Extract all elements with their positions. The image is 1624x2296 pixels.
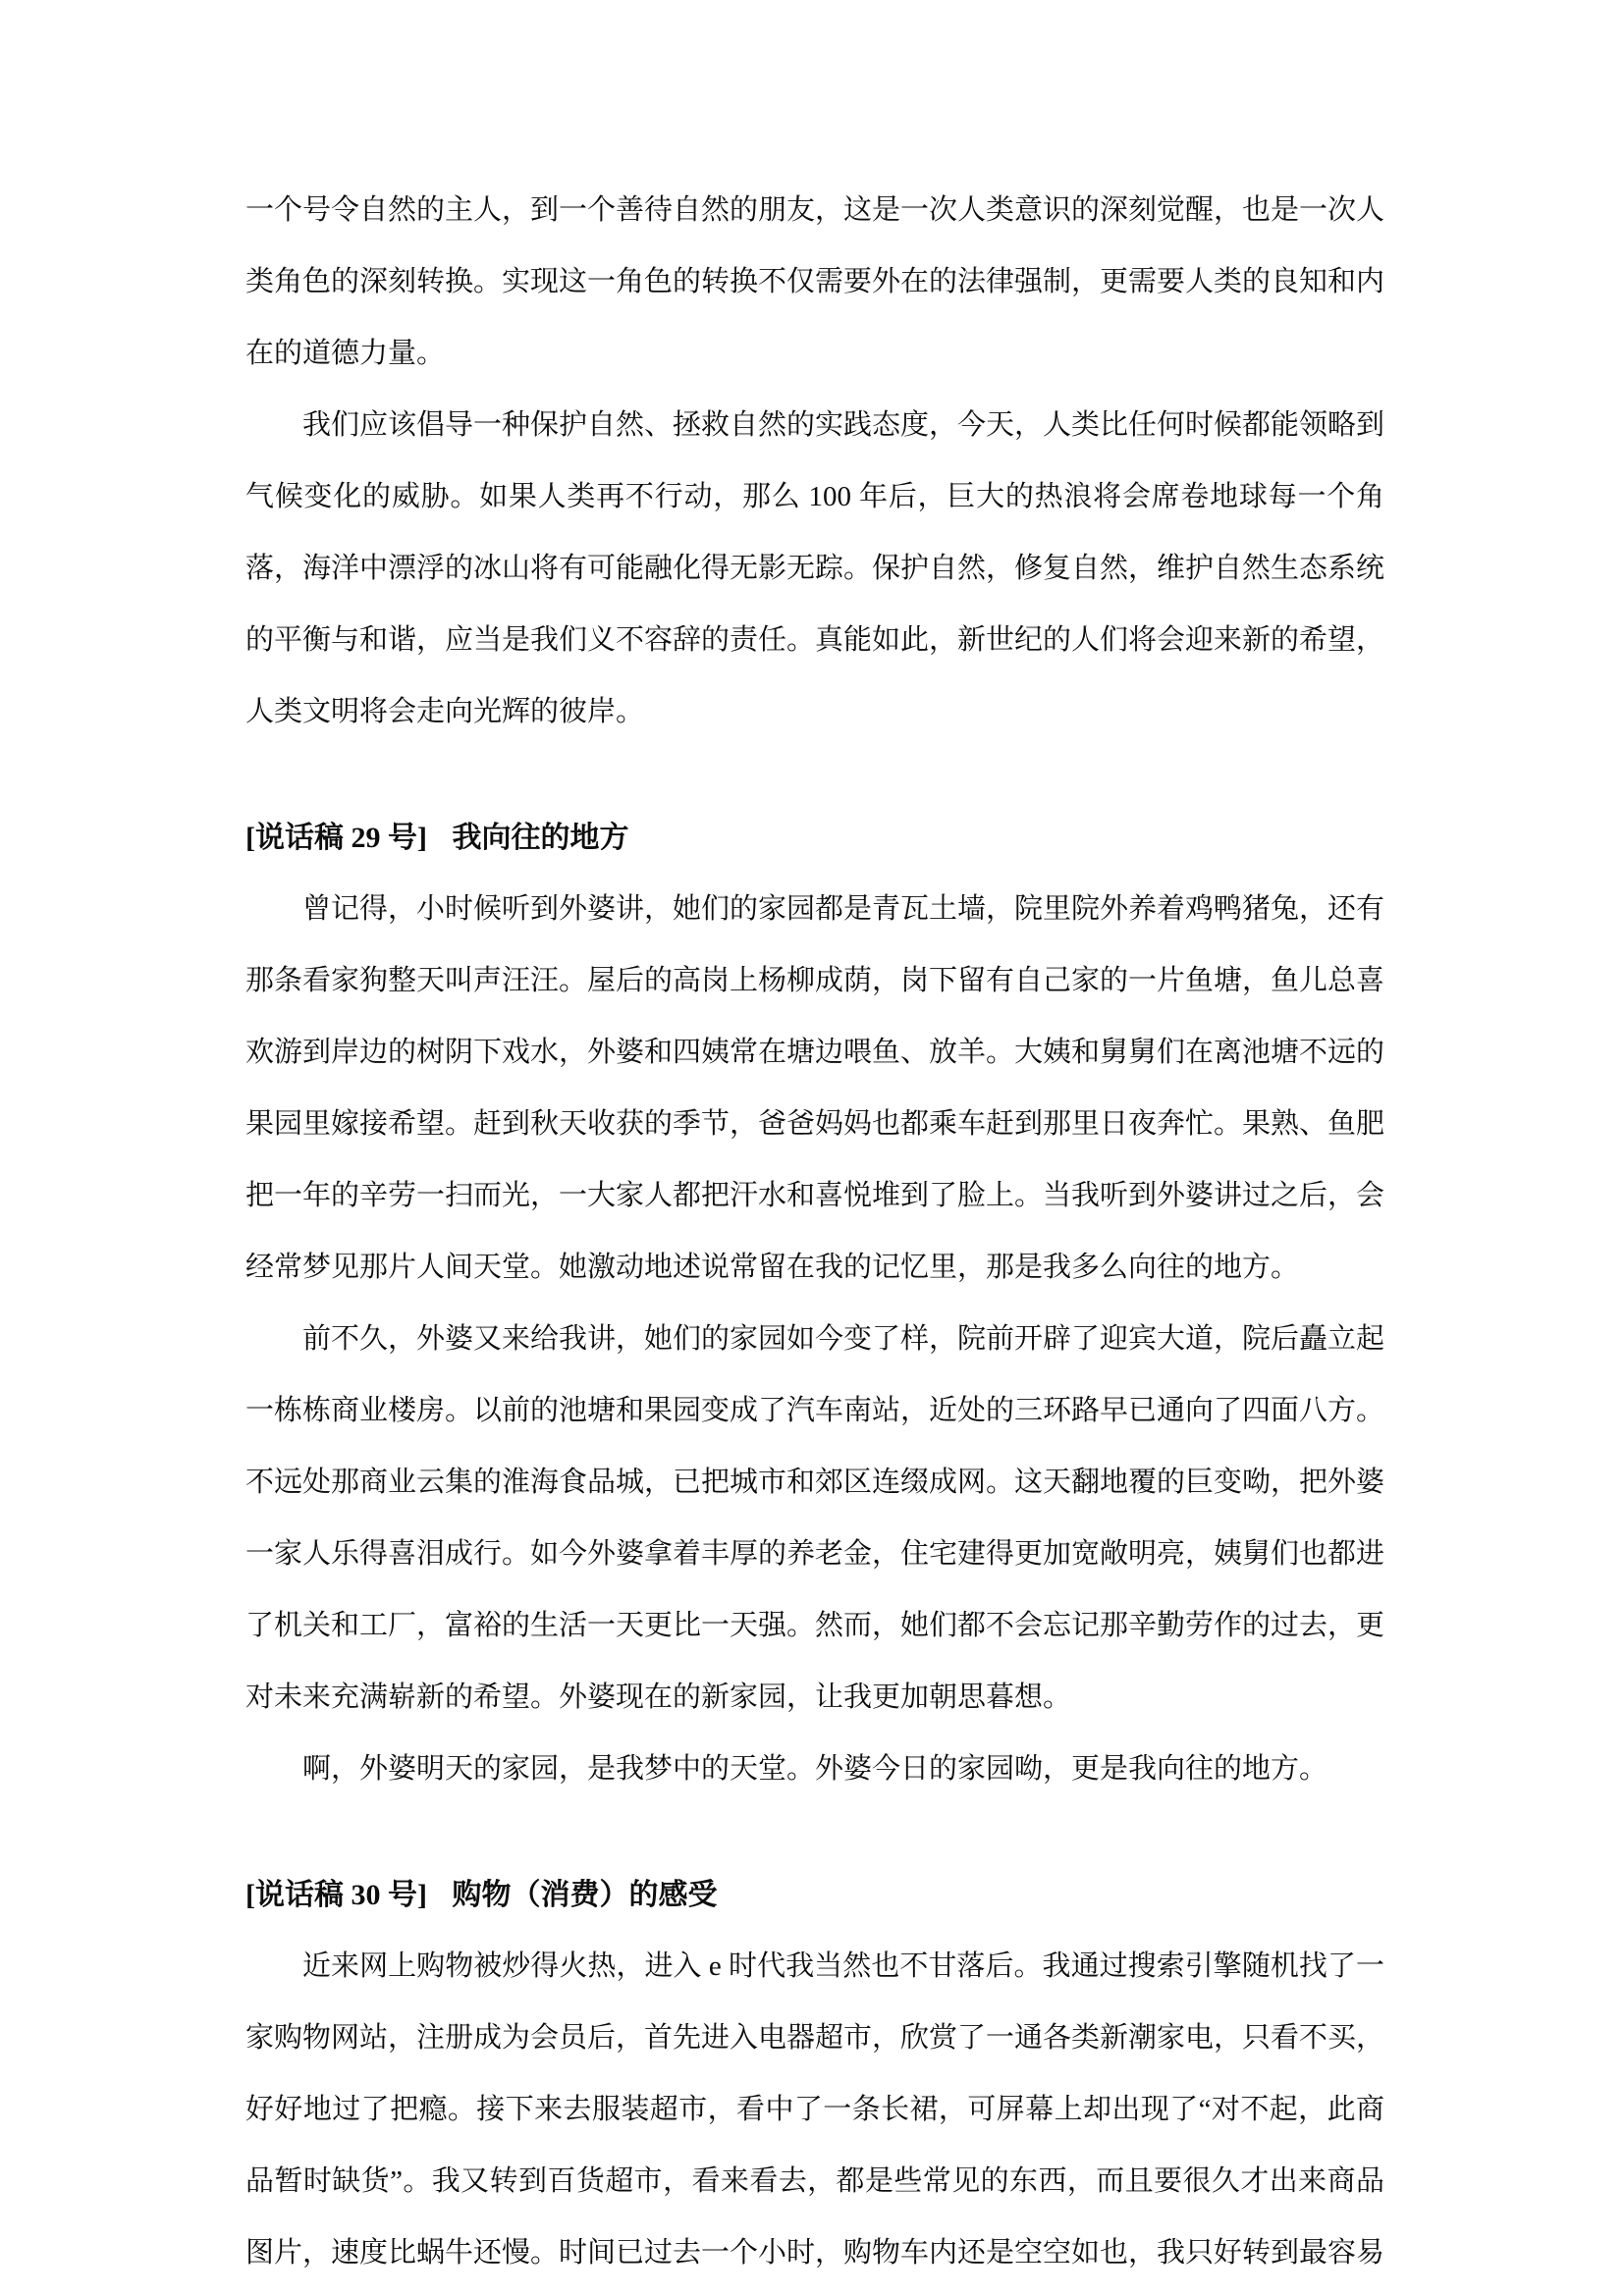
body-paragraph-grandma-memory: 曾记得，小时候听到外婆讲，她们的家园都是青瓦土墙，院里院外养着鸡鸭猪兔，还有那条…: [245, 874, 1384, 1304]
body-paragraph-online-shopping: 近来网上购物被炒得火热，进入 e 时代我当然也不甘落后。我通过搜索引擎随机找了一…: [245, 1931, 1384, 2289]
body-paragraph-hometown-change: 前不久，外婆又来给我讲，她们的家园如今变了样，院前开辟了迎宾大道，院后矗立起一栋…: [245, 1304, 1384, 1734]
body-paragraph-protect-nature: 我们应该倡导一种保护自然、拯救自然的实践态度，今天，人类比任何时候都能领略到气候…: [245, 390, 1384, 748]
heading-title-29: 我向往的地方: [452, 822, 628, 854]
heading-number-29: [说话稿 29 号]: [245, 822, 427, 854]
section-heading-29: [说话稿 29 号]我向往的地方: [245, 802, 1384, 874]
section-heading-30: [说话稿 30 号]购物（消费）的感受: [245, 1859, 1384, 1931]
body-paragraph-dream-home: 啊，外婆明天的家园，是我梦中的天堂。外婆今日的家园呦，更是我向往的地方。: [245, 1734, 1384, 1805]
document-page: 一个号令自然的主人，到一个善待自然的朋友，这是一次人类意识的深刻觉醒，也是一次人…: [0, 0, 1624, 2296]
heading-number-30: [说话稿 30 号]: [245, 1879, 427, 1911]
heading-title-30: 购物（消费）的感受: [452, 1879, 717, 1911]
body-paragraph-nature-role: 一个号令自然的主人，到一个善待自然的朋友，这是一次人类意识的深刻觉醒，也是一次人…: [245, 175, 1384, 390]
